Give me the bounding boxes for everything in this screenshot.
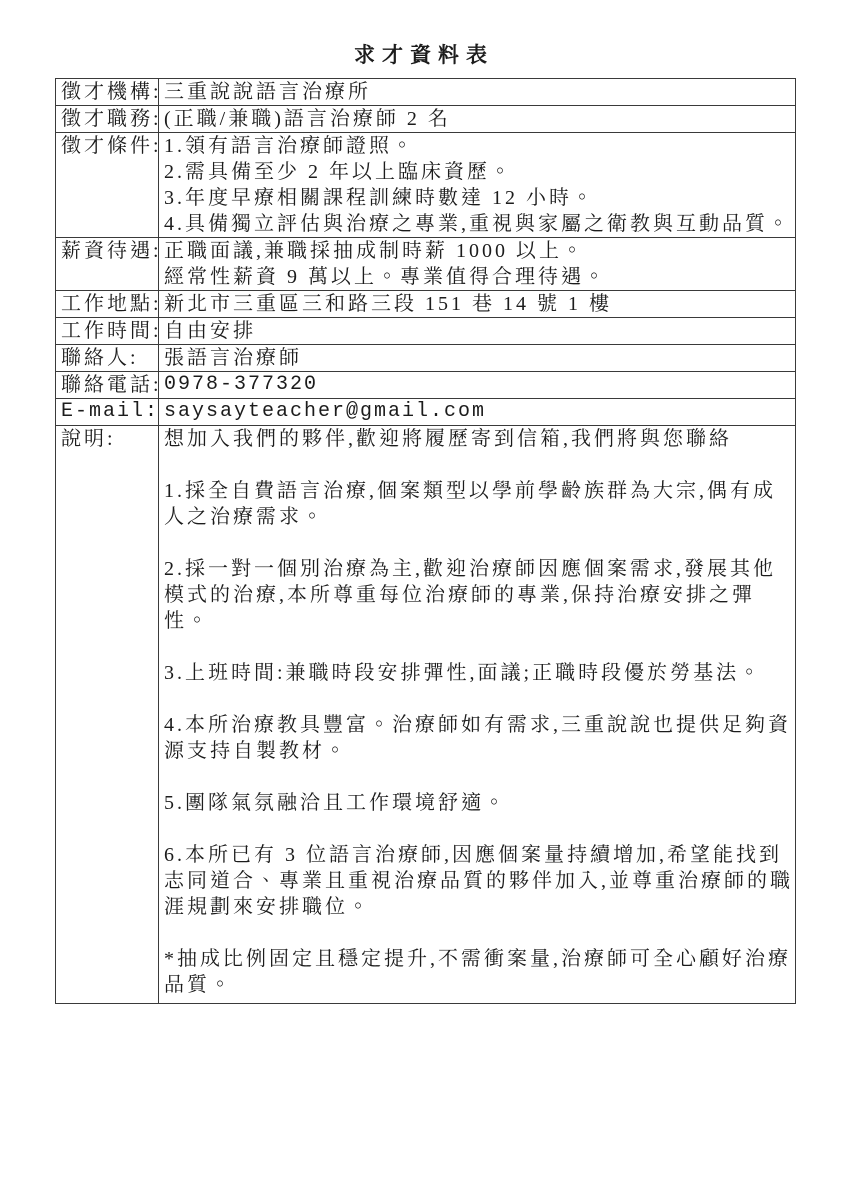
- row-label-location: 工作地點:: [56, 291, 159, 318]
- row-label-hours: 工作時間:: [56, 318, 159, 345]
- row-label-email: E-mail:: [56, 399, 159, 426]
- row-value-location: 新北市三重區三和路三段 151 巷 14 號 1 樓: [159, 291, 796, 318]
- document-page: 求才資料表 徵才機構: 三重說說語言治療所 徵才職務: (正職/兼職)語言治療師…: [0, 0, 848, 1200]
- row-value-requirements: 1.領有語言治療師證照。 2.需具備至少 2 年以上臨床資歷。 3.年度早療相關…: [159, 133, 796, 238]
- row-value-position: (正職/兼職)語言治療師 2 名: [159, 106, 796, 133]
- table-row-employer: 徵才機構: 三重說說語言治療所: [56, 79, 796, 106]
- row-label-contact-phone: 聯絡電話:: [56, 372, 159, 399]
- row-label-employer: 徵才機構:: [56, 79, 159, 106]
- row-value-email: saysayteacher@gmail.com: [159, 399, 796, 426]
- table-row-contact-phone: 聯絡電話: 0978-377320: [56, 372, 796, 399]
- row-value-contact-phone: 0978-377320: [159, 372, 796, 399]
- table-row-email: E-mail: saysayteacher@gmail.com: [56, 399, 796, 426]
- recruitment-info-table: 徵才機構: 三重說說語言治療所 徵才職務: (正職/兼職)語言治療師 2 名 徵…: [55, 78, 796, 1004]
- table-row-location: 工作地點: 新北市三重區三和路三段 151 巷 14 號 1 樓: [56, 291, 796, 318]
- row-value-employer: 三重說說語言治療所: [159, 79, 796, 106]
- row-value-contact-person: 張語言治療師: [159, 345, 796, 372]
- table-row-position: 徵才職務: (正職/兼職)語言治療師 2 名: [56, 106, 796, 133]
- row-label-salary: 薪資待遇:: [56, 238, 159, 291]
- row-value-description: 想加入我們的夥伴,歡迎將履歷寄到信箱,我們將與您聯絡 1.採全自費語言治療,個案…: [159, 426, 796, 1004]
- row-label-contact-person: 聯絡人:: [56, 345, 159, 372]
- document-title: 求才資料表: [0, 42, 848, 68]
- table-row-hours: 工作時間: 自由安排: [56, 318, 796, 345]
- table-row-description: 說明: 想加入我們的夥伴,歡迎將履歷寄到信箱,我們將與您聯絡 1.採全自費語言治…: [56, 426, 796, 1004]
- table-row-salary: 薪資待遇: 正職面議,兼職採抽成制時薪 1000 以上。 經常性薪資 9 萬以上…: [56, 238, 796, 291]
- table-row-requirements: 徵才條件: 1.領有語言治療師證照。 2.需具備至少 2 年以上臨床資歷。 3.…: [56, 133, 796, 238]
- row-value-salary: 正職面議,兼職採抽成制時薪 1000 以上。 經常性薪資 9 萬以上。專業值得合…: [159, 238, 796, 291]
- row-label-description: 說明:: [56, 426, 159, 1004]
- row-value-hours: 自由安排: [159, 318, 796, 345]
- row-label-position: 徵才職務:: [56, 106, 159, 133]
- row-label-requirements: 徵才條件:: [56, 133, 159, 238]
- table-row-contact-person: 聯絡人: 張語言治療師: [56, 345, 796, 372]
